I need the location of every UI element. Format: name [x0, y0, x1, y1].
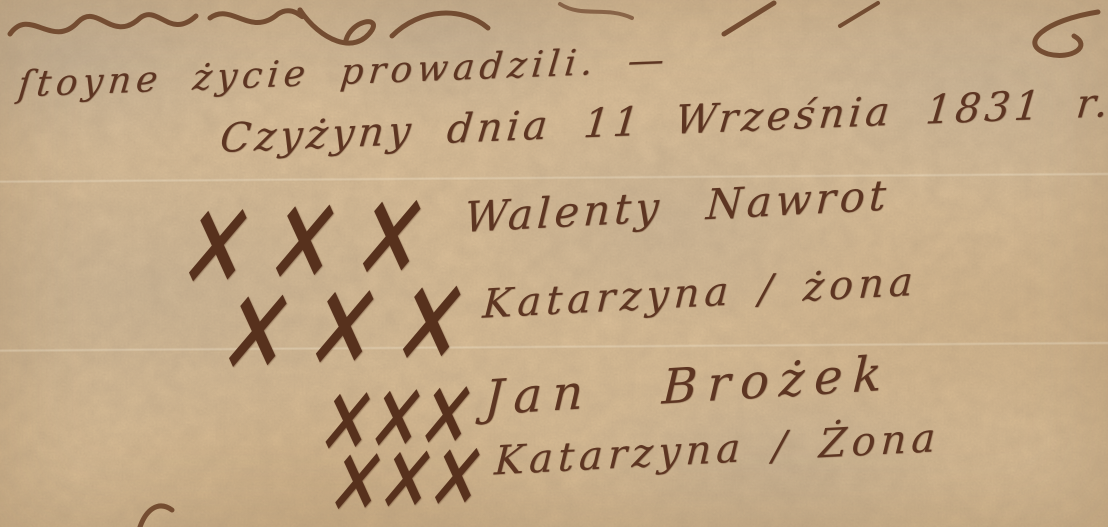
signature-x-marks: ××× — [321, 418, 494, 527]
handwriting-closing-line: ſtoyne życie prowadzili. — — [16, 39, 671, 106]
manuscript-page: ſtoyne życie prowadzili. — Czyżyny dnia … — [0, 0, 1108, 527]
signature-name: Walenty Nawrot — [463, 171, 891, 242]
signature-name: Katarzyna / żona — [481, 259, 919, 328]
signature-name: Katarzyna / Żona — [493, 415, 941, 485]
signature-row-katarzyna-zona-2: ××× Katarzyna / Żona — [330, 406, 942, 515]
